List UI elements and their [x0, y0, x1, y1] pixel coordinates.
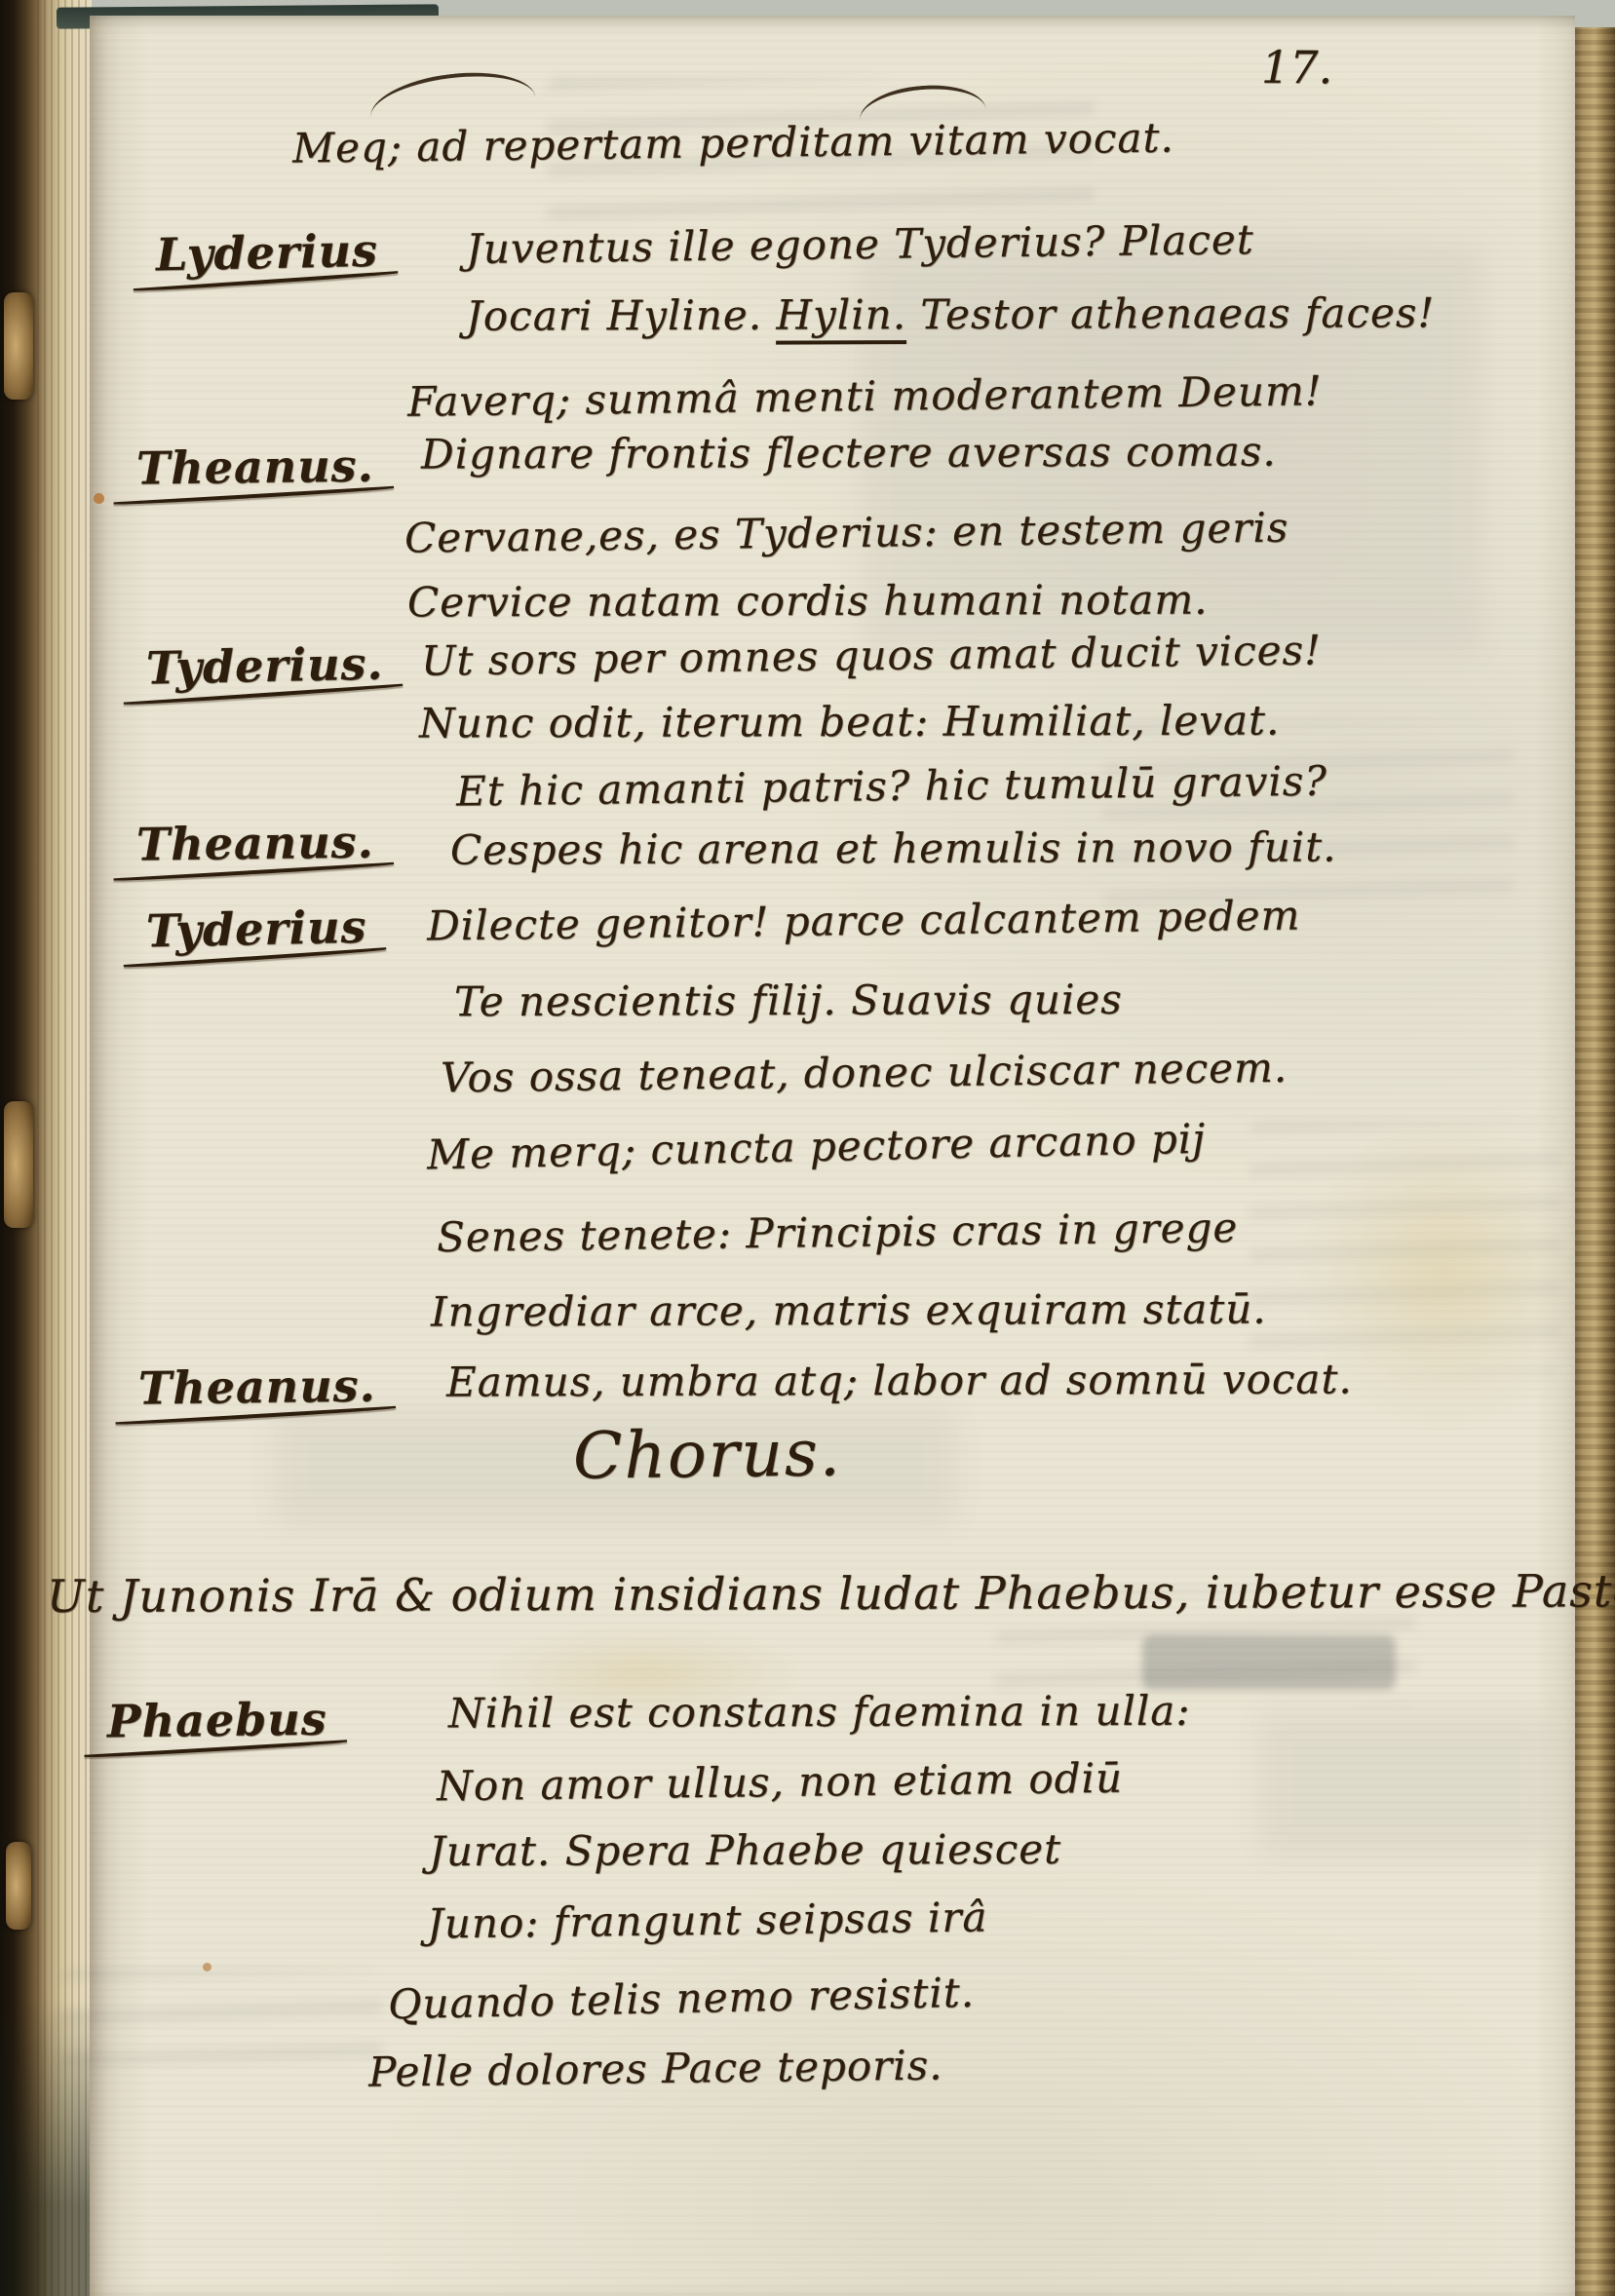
manuscript-line: Non amor ullus, non etiam odiū — [437, 1754, 1124, 1811]
manuscript-line: Dignare frontis flectere aversas comas. — [421, 427, 1277, 478]
manuscript-line: Juno: frangunt seipsas irâ — [427, 1893, 988, 1947]
book-fore-edge — [1573, 27, 1615, 2296]
sewing-cord — [4, 1101, 33, 1228]
sewing-cord — [6, 1842, 31, 1930]
speaker-label: Phaebus — [105, 1693, 333, 1753]
foxing-dot — [94, 493, 104, 504]
show-through-smudge — [60, 1969, 382, 2086]
manuscript-line: Jurat. Spera Phaebe quiescet — [429, 1825, 1061, 1875]
manuscript-line: Ut sors per omnes quos amat ducit vices! — [421, 626, 1322, 684]
manuscript-line: Pelle dolores Pace teporis. — [368, 2041, 943, 2095]
fore-edge-grain — [1573, 27, 1615, 2296]
speaker-label: Lyderius — [153, 224, 384, 287]
show-through-smudge — [1103, 721, 1513, 906]
manuscript-line: Vos ossa teneat, donec ulciscar necem. — [441, 1044, 1288, 1102]
book-binding — [0, 0, 92, 2296]
speaker-label: Tyderius. — [143, 636, 390, 699]
manuscript-line: Juventus ille egone Tyderius? Placet — [466, 215, 1254, 273]
line-text: Testor athenaeas faces! — [906, 288, 1435, 338]
manuscript-line: Me merq; cuncta pectore arcano pij — [427, 1115, 1207, 1179]
chorus-stage-line: Ut Junonis Irā & odium insidians ludat P… — [47, 1564, 1615, 1623]
manuscript-line: Dilecte genitor! parce calcantem pedem — [427, 892, 1301, 950]
underlined-word: Hylin. — [776, 290, 906, 344]
page-edges-stack — [37, 0, 92, 2296]
manuscript-line: Te nescientis filij. Suavis quies — [454, 976, 1123, 1025]
speaker-label: Theanus. — [135, 815, 380, 875]
manuscript-line: Ingrediar arce, matris exquiram statū. — [431, 1285, 1267, 1336]
manuscript-line: Eamus, umbra atq; labor ad somnū vocat. — [446, 1355, 1353, 1405]
manuscript-line: Quando telis nemo resistit. — [388, 1969, 976, 2029]
page-number: 17. — [1261, 41, 1332, 94]
line-text: Jocari Hyline. — [466, 291, 777, 340]
speaker-label: Tyderius — [143, 900, 373, 963]
manuscript-line: Senes tenete: Principis cras in grege — [437, 1204, 1239, 1261]
sewing-cord — [4, 292, 33, 400]
show-through-smudge — [1142, 1635, 1396, 1690]
manuscript-photo: 17. Meq; ad repertam perditam vitam voca… — [0, 0, 1615, 2296]
foxing-dot — [203, 1963, 211, 1971]
speaker-label: Theanus. — [136, 1358, 382, 1419]
manuscript-page: 17. Meq; ad repertam perditam vitam voca… — [90, 16, 1575, 2296]
manuscript-line: Nihil est constans faemina in ulla: — [448, 1687, 1191, 1738]
show-through-smudge — [1259, 1711, 1552, 1857]
speaker-label: Theanus. — [135, 439, 380, 499]
manuscript-line: Nunc odit, iterum beat: Humiliat, levat. — [419, 696, 1280, 746]
chorus-heading: Chorus. — [573, 1415, 843, 1493]
manuscript-line: Cervice natam cordis humani notam. — [407, 576, 1209, 627]
manuscript-line: Cespes hic arena et hemulis in novo fuit… — [450, 823, 1337, 873]
